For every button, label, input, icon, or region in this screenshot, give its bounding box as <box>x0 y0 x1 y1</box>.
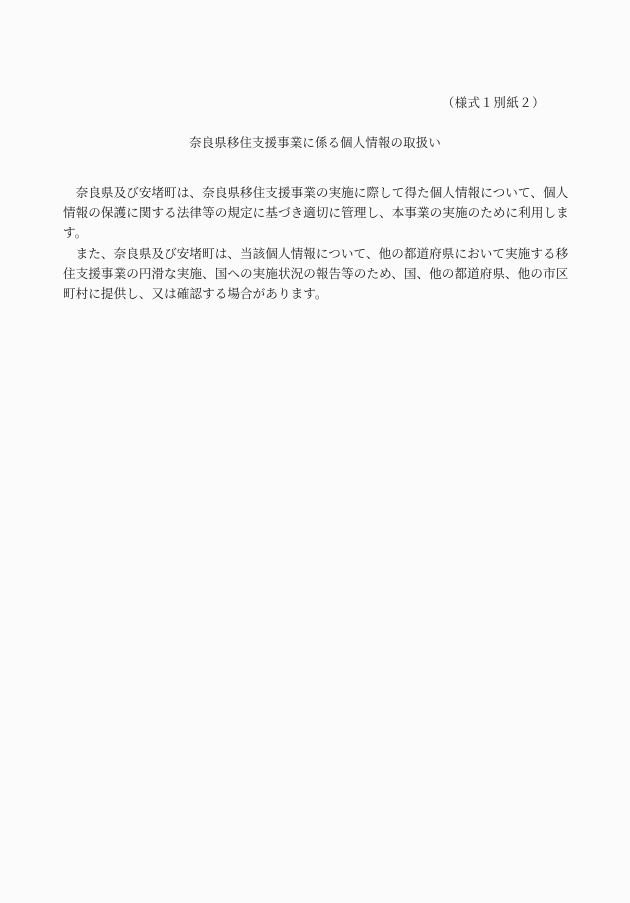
text-line: す。 <box>63 223 570 243</box>
document-page: （様式１別紙２） 奈良県移住支援事業に係る個人情報の取扱い 奈良県及び安堵町は、… <box>0 0 630 903</box>
text-line: 住支援事業の円滑な実施、国への実施状況の報告等のため、国、他の都道府県、他の市区 <box>63 264 570 284</box>
text-line: また、奈良県及び安堵町は、当該個人情報について、他の都道府県において実施する移 <box>63 244 570 264</box>
form-number-label: （様式１別紙２） <box>442 96 545 110</box>
text-line: 町村に提供し、又は確認する場合があります。 <box>63 284 570 304</box>
text-line: 奈良県及び安堵町は、奈良県移住支援事業の実施に際して得た個人情報について、個人 <box>63 183 570 203</box>
document-body: 奈良県及び安堵町は、奈良県移住支援事業の実施に際して得た個人情報について、個人 … <box>63 183 570 304</box>
text-line: 情報の保護に関する法律等の規定に基づき適切に管理し、本事業の実施のために利用しま <box>63 203 570 223</box>
document-title: 奈良県移住支援事業に係る個人情報の取扱い <box>0 136 630 151</box>
paragraph-1: 奈良県及び安堵町は、奈良県移住支援事業の実施に際して得た個人情報について、個人 … <box>63 183 570 244</box>
paragraph-2: また、奈良県及び安堵町は、当該個人情報について、他の都道府県において実施する移 … <box>63 244 570 305</box>
